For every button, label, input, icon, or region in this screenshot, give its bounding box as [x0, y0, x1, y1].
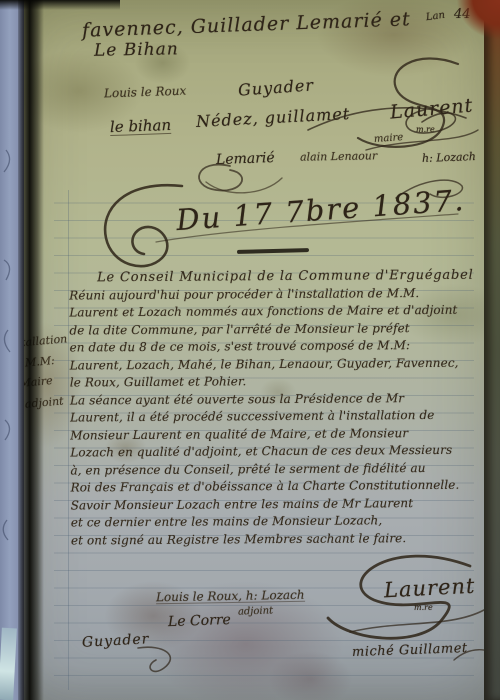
header-names-line2: Le Bihan — [94, 41, 179, 59]
body-line: Laurent et Lozach nommés aux fonctions d… — [69, 302, 493, 322]
margin-rule-line — [68, 190, 69, 690]
body-line: Lozach en qualité d'adjoint, et Chacun d… — [70, 442, 494, 462]
body-paragraph: Le Conseil Municipal de la Commune d'Erg… — [69, 267, 495, 550]
bottom-sig-roux-lozach: Louis le Roux, h: Lozach — [156, 589, 305, 605]
page-edge-right — [484, 0, 500, 700]
corner-mark: Lan — [425, 11, 445, 24]
bottom-sig-lecorre: Le Corre — [168, 613, 231, 629]
body-line: Roi des Français et d'obéissance à la Ch… — [70, 477, 494, 497]
signature-lenaour-note: maire — [374, 133, 404, 145]
body-line: Laurent, Lozach, Mahé, le Bihan, Lenaour… — [70, 354, 494, 374]
signature-lemarie: Lemarié — [216, 151, 275, 167]
signature-guyader: Guyader — [238, 77, 315, 98]
bottom-sig-laurent-title: m.re — [414, 604, 433, 612]
signature-lenaour: alain Lenaour — [300, 150, 377, 162]
bottom-sig-guillamet: miché Guillamet — [352, 642, 468, 659]
signature-lozach-top: h: Lozach — [422, 151, 476, 164]
body-line: Laurent, il a été procédé successivement… — [70, 407, 494, 427]
bottom-sig-adjoint: adjoint — [238, 606, 273, 617]
body-line: Le Conseil Municipal de la Commune d'Erg… — [69, 267, 493, 287]
guyader-tail-flourish — [134, 640, 194, 680]
register-page: favennec, Guillader Lemarié et Le Bihan … — [24, 0, 486, 700]
top-edge-shadow — [0, 0, 120, 10]
signature-le-bihan: le bihan — [110, 118, 172, 136]
body-line: et ont signé au Registre les Membres sac… — [71, 529, 495, 549]
header-names-line1: favennec, Guillader Lemarié et — [82, 10, 411, 40]
book-cover-corner — [454, 0, 500, 52]
manuscript-photo: favennec, Guillader Lemarié et Le Bihan … — [0, 0, 500, 700]
signature-louis-le-roux: Louis le Roux — [104, 85, 187, 100]
bottom-sig-laurent: Laurent — [384, 576, 476, 602]
book-gutter-shadow — [18, 0, 44, 700]
